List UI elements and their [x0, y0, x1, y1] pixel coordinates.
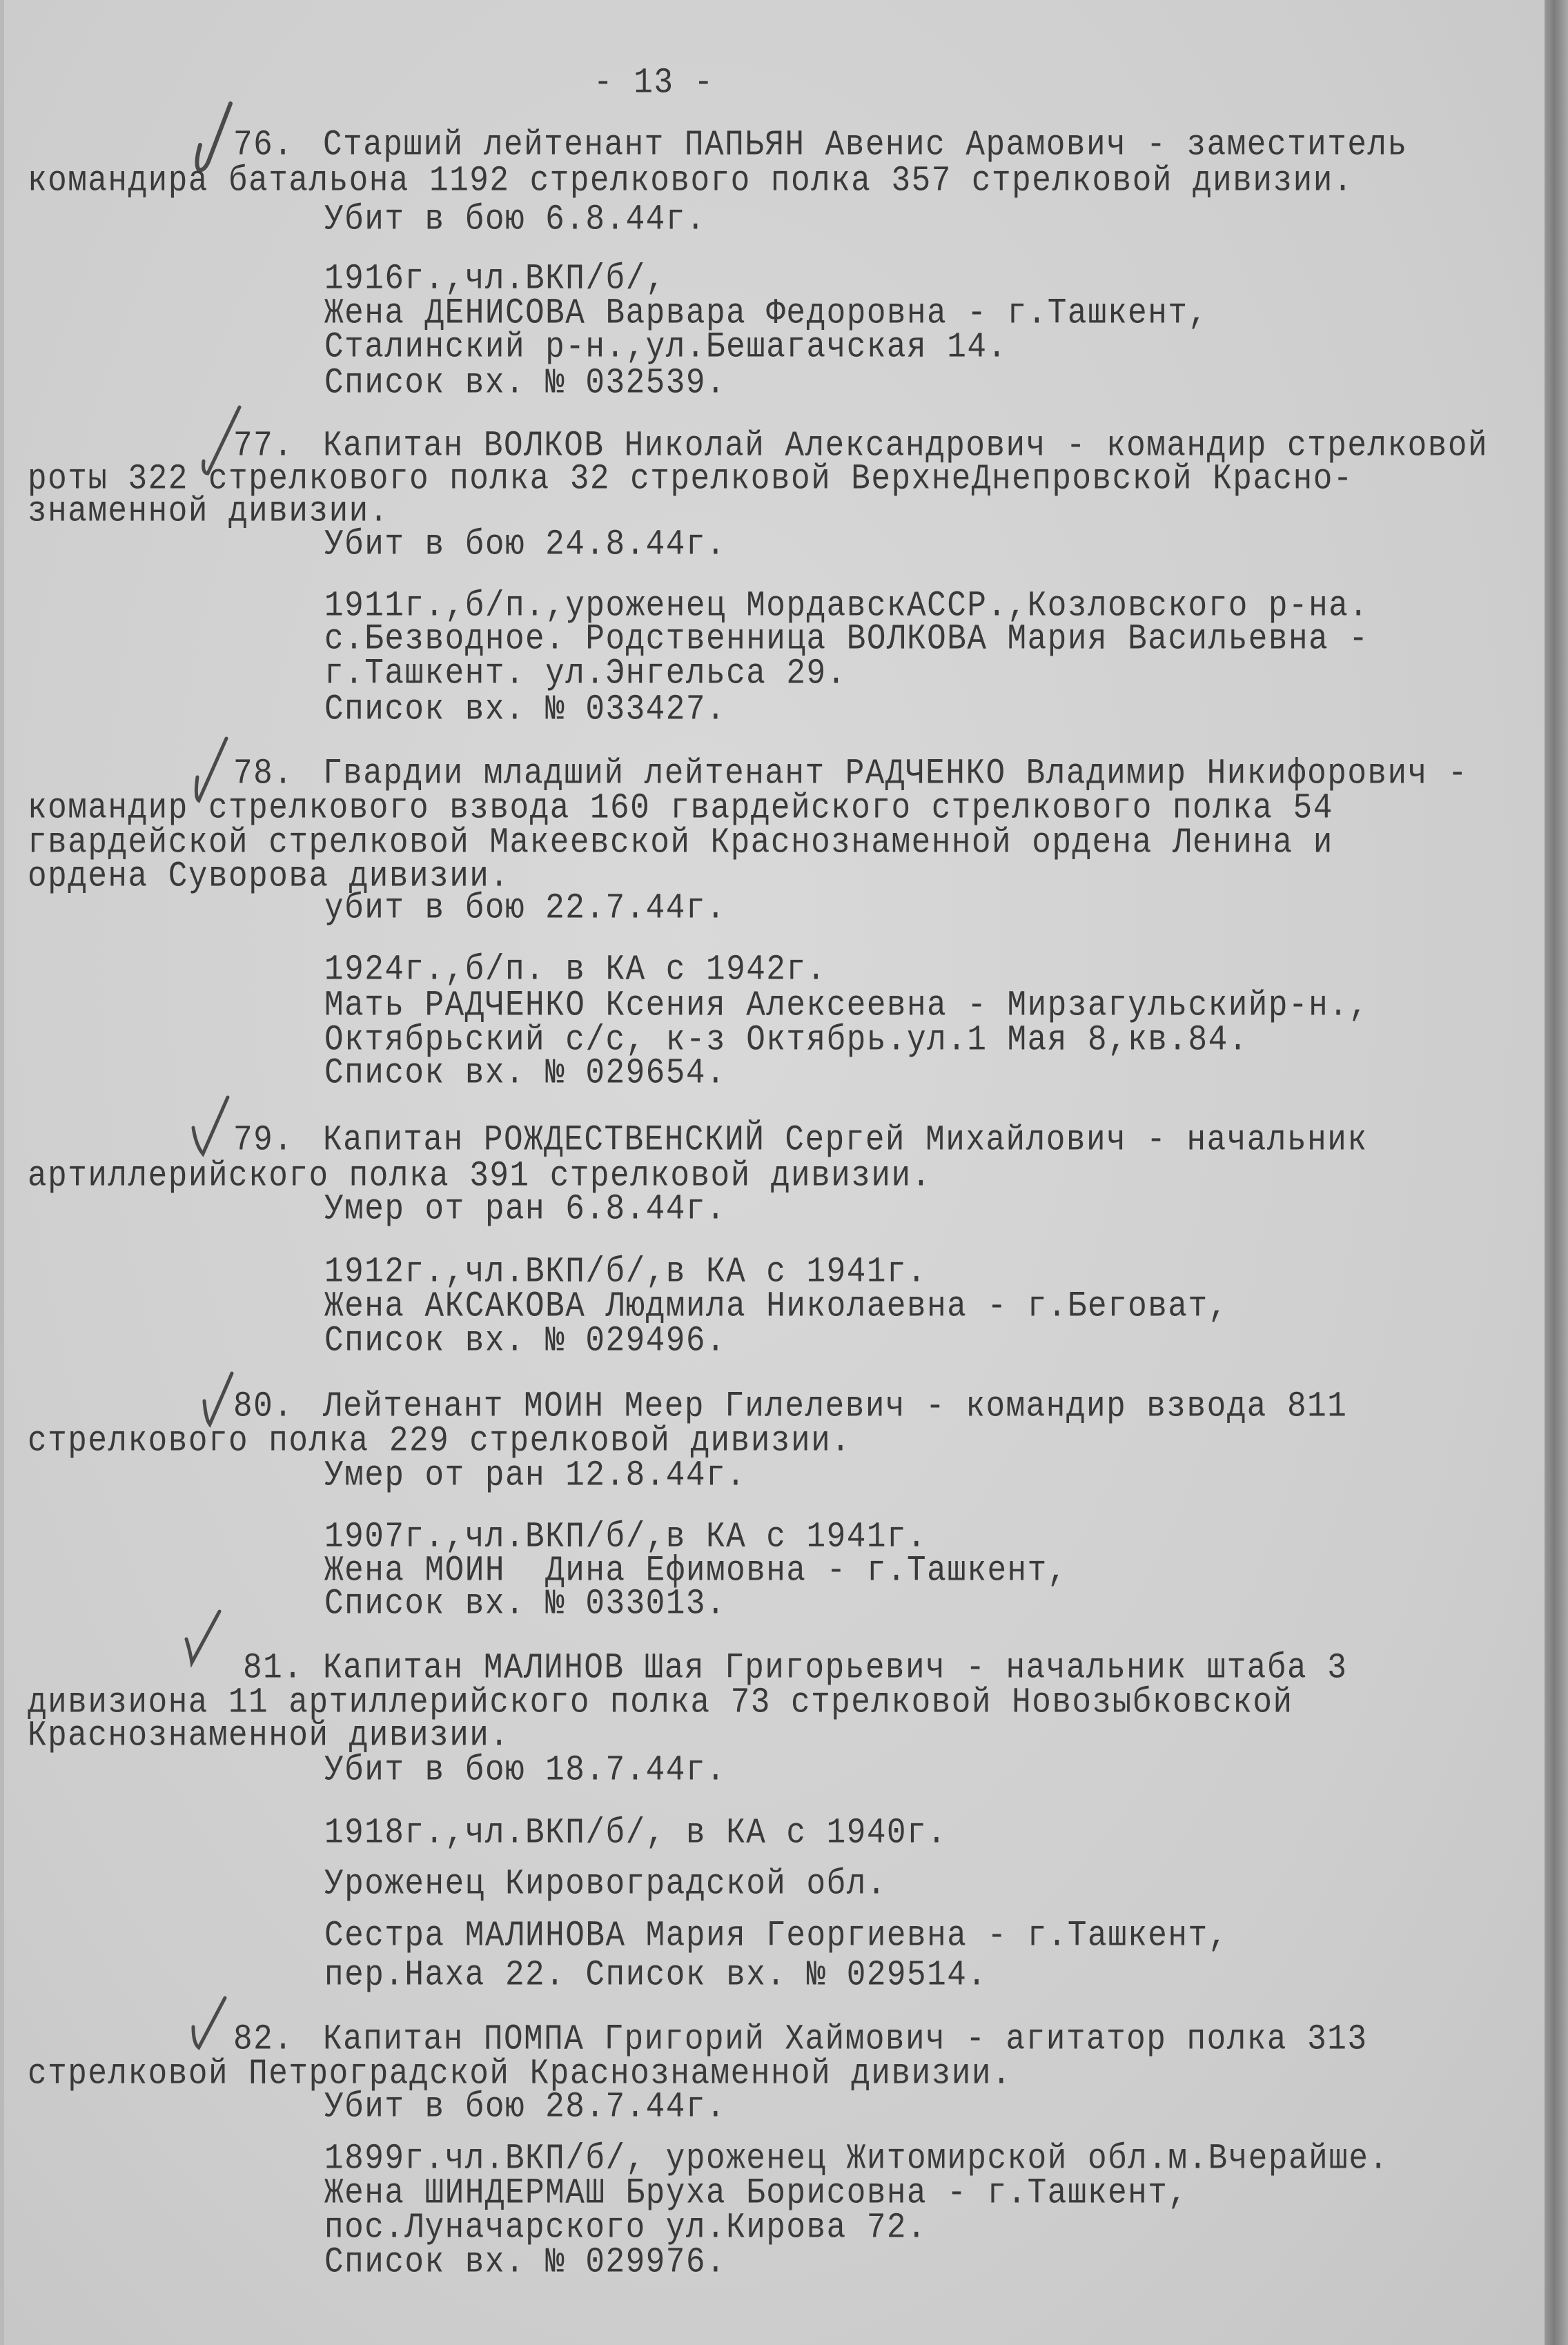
entry-death: Убит в бою 6.8.44г.	[324, 200, 706, 239]
entry-line: Гвардии младший лейтенант РАДЧЕНКО Влади…	[323, 754, 1468, 793]
entry-line: Старший лейтенант ПАПЬЯН Авенис Арамович…	[323, 126, 1408, 164]
entry-line: командир стрелкового взвода 160 гвардейс…	[28, 789, 1333, 827]
entry-detail: 1916г.,чл.ВКП/б/,	[324, 259, 666, 298]
entry-number: 82.	[233, 2020, 293, 2059]
entry-line: Капитан МАЛИНОВ Шая Григорьевич - началь…	[323, 1649, 1347, 1687]
entry-detail: Список вх. № 029496.	[324, 1322, 726, 1360]
entry-detail: Список вх. № 029654.	[324, 1054, 726, 1092]
page-number: - 13 -	[594, 63, 714, 102]
entry-detail: Список вх. № 032539.	[324, 364, 726, 402]
entry-detail: Мать РАДЧЕНКО Ксения Алексеевна - Мирзаг…	[324, 986, 1369, 1025]
entry-death: Убит в бою 18.7.44г.	[324, 1751, 726, 1789]
entry-detail: Список вх. № 033013.	[324, 1584, 726, 1623]
entry-line: командира батальона 1192 стрелкового пол…	[28, 161, 1353, 200]
entry-detail: пер.Наха 22. Список вх. № 029514.	[324, 1956, 987, 1994]
entry-line: Лейтенант МОИН Меер Гилелевич - командир…	[323, 1387, 1347, 1426]
entry-line: Краснознаменной дивизии.	[28, 1716, 510, 1755]
entry-detail: Жена ШИНДЕРМАШ Бруха Борисовна - г.Ташке…	[324, 2174, 1188, 2212]
entry-detail: 1912г.,чл.ВКП/б/,в КА с 1941г.	[324, 1253, 927, 1291]
entry-detail: 1924г.,б/п. в КА с 1942г.	[324, 950, 827, 989]
entry-number: 78.	[233, 754, 293, 793]
entry-line: Капитан ПОМПА Григорий Хаймович - агитат…	[323, 2020, 1367, 2059]
checkmark-icon	[177, 1611, 225, 1687]
entry-detail: Сталинский р-н.,ул.Бешагачская 14.	[324, 328, 1008, 366]
entry-detail: Список вх. № 029976.	[324, 2243, 726, 2282]
entry-death: Убит в бою 24.8.44г.	[324, 525, 726, 564]
entry-line: стрелкового полка 229 стрелковой дивизии…	[28, 1422, 851, 1460]
entry-number: 76.	[233, 126, 293, 164]
entry-detail: с.Безводное. Родственница ВОЛКОВА Мария …	[324, 620, 1369, 658]
entry-death: убит в бою 22.7.44г.	[324, 889, 726, 928]
entry-detail: Список вх. № 033427.	[324, 690, 726, 729]
entry-detail: Сестра МАЛИНОВА Мария Георгиевна - г.Таш…	[324, 1916, 1228, 1955]
entry-detail: 1918г.,чл.ВКП/б/, в КА с 1940г.	[324, 1814, 947, 1852]
entry-death: Убит в бою 28.7.44г.	[324, 2088, 726, 2126]
entry-detail: 1899г.чл.ВКП/б/, уроженец Житомирской об…	[324, 2139, 1389, 2178]
binding-edge	[1545, 0, 1568, 2345]
entry-number: 80.	[233, 1387, 293, 1426]
entry-number: 79.	[233, 1121, 293, 1159]
entry-detail: пос.Луначарского ул.Кирова 72.	[324, 2208, 927, 2247]
entry-death: Умер от ран 12.8.44г.	[324, 1456, 746, 1495]
entry-number: 81.	[243, 1649, 303, 1687]
entry-line: Капитан РОЖДЕСТВЕНСКИЙ Сергей Михайлович…	[323, 1121, 1367, 1159]
page-left-edge	[0, 0, 4, 2345]
entry-detail: Уроженец Кировоградской обл.	[324, 1865, 887, 1903]
entry-detail: Жена АКСАКОВА Людмила Николаевна - г.Бег…	[324, 1287, 1228, 1326]
entry-death: Умер от ран 6.8.44г.	[324, 1190, 726, 1228]
entry-detail: г.Ташкент. ул.Энгельса 29.	[324, 654, 847, 693]
